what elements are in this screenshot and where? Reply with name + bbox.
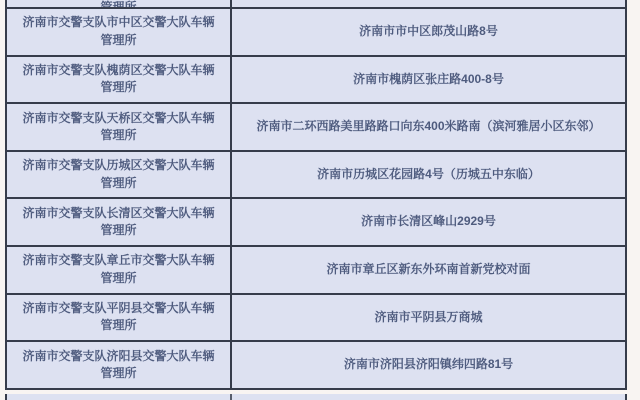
- table-row: 济南市交警支队平阴县交警大队车辆管理所 济南市平阴县万商城: [5, 295, 627, 343]
- office-name-cell: 济南市交警支队平阴县交警大队车辆管理所: [7, 295, 232, 341]
- table-row: 济南市交警支队槐荫区交警大队车辆管理所 济南市槐荫区张庄路400-8号: [5, 57, 627, 105]
- clipped-office-name-text: 管理所: [7, 0, 230, 7]
- office-address-cell: 济南市历城区花园路4号（历城五中东临）: [232, 152, 625, 198]
- table-row: 济南市交警支队章丘市交警大队车辆管理所 济南市章丘区新东外环南首新党校对面: [5, 247, 627, 295]
- office-address-cell: 济南市市中区郎茂山路8号: [232, 9, 625, 55]
- office-address-cell: [232, 394, 625, 400]
- office-name-cell: 济南市交警支队槐荫区交警大队车辆管理所: [7, 57, 232, 103]
- office-address-cell: 济南市长清区峰山2929号: [232, 199, 625, 245]
- office-address-cell: 济南市二环西路美里路路口向东400米路南（滨河雅居小区东邻）: [232, 104, 625, 150]
- office-name-cell: 济南市交警支队长清区交警大队车辆管理所: [7, 199, 232, 245]
- table-row-partial-top: 管理所: [5, 0, 627, 9]
- table-rows: 济南市交警支队市中区交警大队车辆管理所 济南市市中区郎茂山路8号 济南市交警支队…: [5, 9, 627, 390]
- office-name-cell: 济南市交警支队济阳县交警大队车辆管理所: [7, 342, 232, 388]
- office-address-cell: 济南市槐荫区张庄路400-8号: [232, 57, 625, 103]
- office-name-cell: 济南市交警支队章丘市交警大队车辆管理所: [7, 247, 232, 293]
- table-row-partial-bottom: [5, 394, 627, 400]
- table-row: 济南市交警支队天桥区交警大队车辆管理所 济南市二环西路美里路路口向东400米路南…: [5, 104, 627, 152]
- office-name-cell: 济南市交警支队天桥区交警大队车辆管理所: [7, 104, 232, 150]
- table-row: 济南市交警支队济阳县交警大队车辆管理所 济南市济阳县济阳镇纬四路81号: [5, 342, 627, 390]
- office-name-cell: 济南市交警支队历城区交警大队车辆管理所: [7, 152, 232, 198]
- table-row: 济南市交警支队历城区交警大队车辆管理所 济南市历城区花园路4号（历城五中东临）: [5, 152, 627, 200]
- office-address-cell: 济南市章丘区新东外环南首新党校对面: [232, 247, 625, 293]
- office-address-cell: 济南市济阳县济阳镇纬四路81号: [232, 342, 625, 388]
- office-name-cell: 济南市交警支队市中区交警大队车辆管理所: [7, 9, 232, 55]
- office-name-cell: [7, 394, 232, 400]
- table-row: 济南市交警支队市中区交警大队车辆管理所 济南市市中区郎茂山路8号: [5, 9, 627, 57]
- vehicle-office-table: 管理所 济南市交警支队市中区交警大队车辆管理所 济南市市中区郎茂山路8号 济南市…: [5, 0, 627, 400]
- office-address-cell: 济南市平阴县万商城: [232, 295, 625, 341]
- office-address-cell: [232, 0, 625, 7]
- office-name-cell: 管理所: [7, 0, 232, 7]
- table-row: 济南市交警支队长清区交警大队车辆管理所 济南市长清区峰山2929号: [5, 199, 627, 247]
